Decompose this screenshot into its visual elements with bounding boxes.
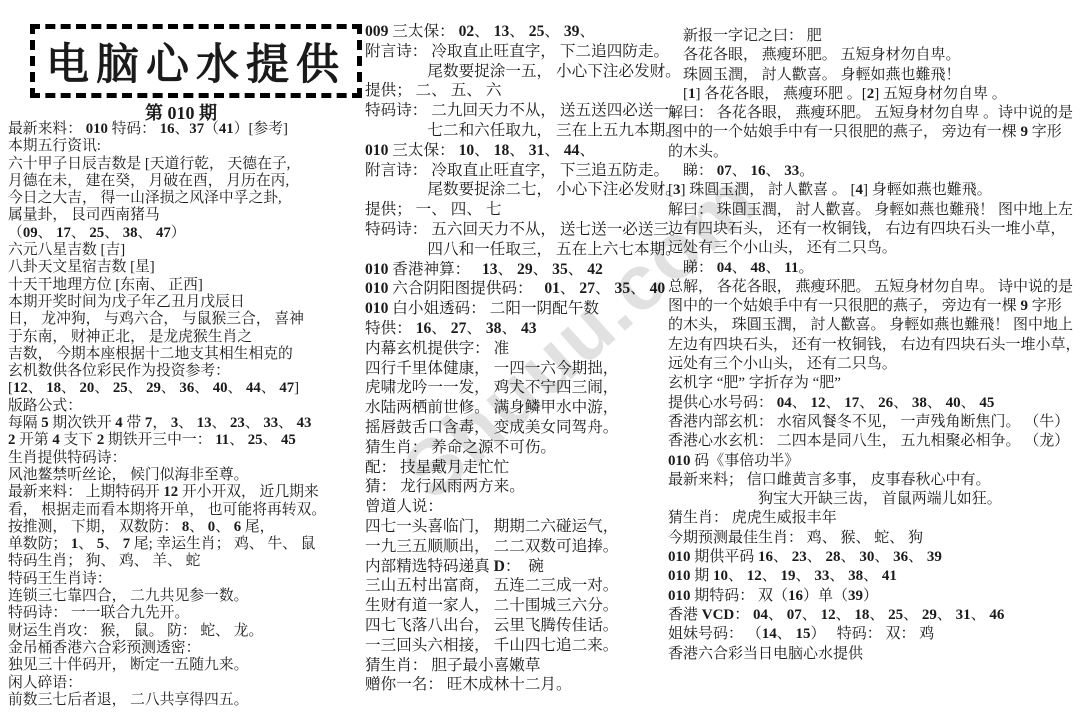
right-column: 新报一字记之曰： 肥 各花各眼， 燕瘦环肥。 五短身材勿自卑。 珠圆玉潤， 討人… <box>668 27 1080 664</box>
text-line: 虎啸龙吟一一发， 鸡犬不宁四三闹， <box>365 378 687 398</box>
text-line: 一九三五顺顺出， 二二双数可追捧。 <box>365 537 687 557</box>
text-line: 解曰： 各花各眼， 燕瘦环肥。 五短身材勿自卑 。诗中说的是 <box>668 104 1080 123</box>
text-line: 版路公式： <box>8 398 360 415</box>
text-line: 特码诗： 一一联合九先开。 <box>8 605 360 622</box>
text-line: 猜生肖： 胆子最小喜嫩草 <box>365 656 687 676</box>
text-line: 的木头， 珠圓玉潤， 討人歡喜。 身輕如燕也難飛！ 图中地上 <box>668 316 1080 335</box>
text-line: 内部精选特码递真 D： 碗 <box>365 557 687 577</box>
text-line: 提供； 二、 五、 六 <box>365 81 687 101</box>
text-line: 看， 根据走而看本期将开单， 也可能将再转双。 <box>8 502 360 519</box>
text-line: 图中的一个姑娘手中有一只很肥的燕子， 旁边有一棵 9 字形 <box>668 123 1080 142</box>
text-line: 本期五行资讯: <box>8 138 360 155</box>
text-line: 内幕玄机提供字： 准 <box>365 339 687 359</box>
middle-column: 009 三太保： 02、 13、 25、 39、附言诗： 冷取直止旺直字， 下二… <box>365 22 687 695</box>
text-line: 远处有三个小山头， 还有二只鸟。 <box>668 239 1080 258</box>
lottery-tip-sheet: Shuuu.com 电脑心水提供 第 010 期 最新来料： 010 特码： 1… <box>0 0 1080 719</box>
text-line: 解曰： 珠圓玉潤， 討人歡喜。 身輕如燕也難飛！ 图中地上左 <box>668 201 1080 220</box>
text-line: 的木头。 <box>668 143 1080 162</box>
text-line: [3] 珠圓玉潤， 討人歡喜 。 [4] 身輕如燕也難飛。 <box>668 181 1080 200</box>
text-line: 009 三太保： 02、 13、 25、 39、 <box>365 22 687 42</box>
text-line: 六元八星吉数 [吉] <box>8 242 360 259</box>
text-line: 八卦天文星宿吉数 [星] <box>8 259 360 276</box>
text-line: 金吊桶香港六合彩预测透密： <box>8 640 360 657</box>
text-line: 附言诗： 冷取直止旺直字， 下二追四防走。 <box>365 42 687 62</box>
text-line: 010 码《事倍功半》 <box>668 452 1080 471</box>
text-line: 特供： 16、 27、 38、 43 <box>365 319 687 339</box>
text-line: 最新来料： 上期特码开 12 开小开双， 近几期来 <box>8 484 360 501</box>
text-line: 最新来料； 信口雌黄言多事， 皮事春秋心中有。 <box>668 471 1080 490</box>
text-line: （09、 17、 25、 38、 47） <box>8 225 360 242</box>
text-line: 010 六合阴阳图提供码： 01、 27、 35、 40 <box>365 279 687 299</box>
text-line: [12、 18、 20、 25、 29、 36、 40、 44、 47] <box>8 380 360 397</box>
text-line: 四行千里体健康， 一四一六今期拙， <box>365 359 687 379</box>
text-line: 猜： 龙行风雨两方来。 <box>365 477 687 497</box>
text-line: 狗宝大开缺三齿， 首鼠两端儿如狂。 <box>668 490 1080 509</box>
text-line: 睇： 07、 16、 33。 <box>668 162 1080 181</box>
text-line: 三山五村出富商， 五连二三成一对。 <box>365 576 687 596</box>
text-line: 新报一字记之曰： 肥 <box>668 27 1080 46</box>
text-line: 风池鳌禁听丝论， 候门似海非至尊。 <box>8 467 360 484</box>
text-line: 属量卦， 艮司西南猪马 <box>8 207 360 224</box>
text-line: 玄机字 “肥” 字折存为 “肥” <box>668 374 1080 393</box>
text-line: 赠你一名： 旺木成林十二月。 <box>365 675 687 695</box>
text-line: 提供心水号码： 04、 12、 17、 26、 38、 40、 45 <box>668 394 1080 413</box>
text-line: 香港 VCD： 04、 07、 12、 18、 25、 29、 31、 46 <box>668 606 1080 625</box>
text-line: 010 白小姐透码： 二阳一阴配午数 <box>365 299 687 319</box>
text-line: 姐妹号码： （14、 15） 特码： 双： 鸡 <box>668 625 1080 644</box>
text-line: 七二和六任取九， 三在上五九本期。 <box>365 121 687 141</box>
text-line: 香港内部玄机： 水宿风餐冬不见， 一声残角断焦门。 （牛） <box>668 413 1080 432</box>
text-line: 月德在未， 建在癸， 月破在酉， 月历在丙, <box>8 173 360 190</box>
text-line: 四七飞落八出台， 云里飞腾传佳话。 <box>365 616 687 636</box>
text-line: 闲人碎语： <box>8 675 360 692</box>
text-line: 2 开第 4 支下 2 期铁开三中一： 11、 25、 45 <box>8 432 360 449</box>
text-line: 各花各眼， 燕瘦环肥。 五短身材勿自卑。 <box>668 46 1080 65</box>
text-line: 吉数， 今期本座根据十二地支其相生相克的 <box>8 346 360 363</box>
text-line: 单数防； 1、 5、 7 尾; 幸运生肖； 鸡、 牛、 鼠 <box>8 536 360 553</box>
text-line: 四七一头喜临门， 期期二六碰运气， <box>365 517 687 537</box>
text-line: 本期开奖时间为戊子年乙丑月戊辰日 <box>8 294 360 311</box>
text-line: 曾道人说： <box>365 497 687 517</box>
text-line: 特码诗： 二九回天力不从， 送五送四必送一。 <box>365 101 687 121</box>
text-line: 十天干地理方位 [东南、 正西] <box>8 277 360 294</box>
text-line: 连锁三七靠四合， 二九共见参一数。 <box>8 588 360 605</box>
text-line: 一三回头六相接， 千山四七追二来。 <box>365 636 687 656</box>
text-line: [1] 各花各眼， 燕瘦环肥 。[2] 五短身材勿自卑 。 <box>668 85 1080 104</box>
text-line: 010 期特码： 双（16）单（39） <box>668 587 1080 606</box>
text-line: 六十甲子日辰吉数是 [天道行乾， 天德在子, <box>8 156 360 173</box>
text-line: 前数三七后者退， 二八共享得四五。 <box>8 692 360 709</box>
text-line: 总解， 各花各眼， 燕瘦环肥。 五短身材勿自卑。 诗中说的是 <box>668 278 1080 297</box>
text-line: 每隔 5 期次铁开 4 带 7， 3、 13、 23、 33、 43 <box>8 415 360 432</box>
text-line: 010 香港神算： 13、 29、 35、 42 <box>365 260 687 280</box>
text-line: 左边有四块石头， 还有一枚铜钱， 右边有四块石头一堆小草， <box>668 336 1080 355</box>
text-line: 特码生肖； 狗、 鸡、 羊、 蛇 <box>8 553 360 570</box>
text-line: 特码王生肖诗： <box>8 571 360 588</box>
text-line: 于东南， 财神正北， 是龙虎猴生肖之 <box>8 329 360 346</box>
text-line: 猜生肖： 虎虎生威报丰年 <box>668 509 1080 528</box>
text-line: 香港六合彩当日电脑心水提供 <box>668 645 1080 664</box>
page-title: 电脑心水提供 <box>46 31 346 92</box>
text-line: 财运生肖攻： 猴， 鼠。 防： 蛇、 龙。 <box>8 623 360 640</box>
text-line: 摇唇鼓舌口含毒， 变成美女同驾舟。 <box>365 418 687 438</box>
text-line: 今日之大吉， 得一山泽损之风泽中孚之卦, <box>8 190 360 207</box>
text-line: 提供； 一、 四、 七 <box>365 200 687 220</box>
text-line: 特码诗： 五六回天力不从， 送七送一必送三。 <box>365 220 687 240</box>
text-line: 四八和一任取三， 五在上六七本期。 <box>365 240 687 260</box>
text-line: 生财有道一家人， 二十围城三六分。 <box>365 596 687 616</box>
text-line: 日， 龙冲狗， 与鸡六合， 与鼠猴三合， 喜神 <box>8 311 360 328</box>
text-line: 尾数要捉涂一五， 小心下注必发财。 <box>365 62 687 82</box>
text-line: 010 三太保： 10、 18、 31、 44、 <box>365 141 687 161</box>
text-line: 今期预测最佳生肖： 鸡、 猴、 蛇、 狗 <box>668 529 1080 548</box>
text-line: 玄机数供各位彩民作为投资参考： <box>8 363 360 380</box>
text-line: 香港心水玄机： 二四本是同八生， 五九相聚必相争。 （龙） <box>668 432 1080 451</box>
text-line: 尾数要捉涂二七， 小心下注必发财。 <box>365 180 687 200</box>
text-line: 边有四块石头， 还有一枚铜钱， 右边有四块石头一堆小草， <box>668 220 1080 239</box>
text-line: 010 期 10、 12、 19、 33、 38、 41 <box>668 567 1080 586</box>
masthead-box: 电脑心水提供 <box>30 24 362 98</box>
text-line: 生肖提供特码诗： <box>8 450 360 467</box>
text-line: 最新来料： 010 特码： 16、37（41）[参考] <box>8 121 360 138</box>
text-line: 配： 技星戴月走忙忙 <box>365 458 687 478</box>
text-line: 猜生肖： 养命之源不可伤。 <box>365 438 687 458</box>
text-line: 按推测， 下期， 双数防： 8、 0、 6 尾， <box>8 519 360 536</box>
text-line: 水陆两栖前世修。 满身鳞甲水中游， <box>365 398 687 418</box>
text-line: 010 期供平码 16、 23、 28、 30、 36、 39 <box>668 548 1080 567</box>
text-line: 睇： 04、 48、 11。 <box>668 259 1080 278</box>
text-line: 图中的一个姑娘手中有一只很肥的燕子， 旁边有一棵 9 字形 <box>668 297 1080 316</box>
text-line: 珠圆玉潤， 討人歡喜。 身輕如燕也難飛！ <box>668 66 1080 85</box>
text-line: 附言诗： 冷取直止旺直字， 下三追五防走。 <box>365 161 687 181</box>
left-column: 最新来料： 010 特码： 16、37（41）[参考]本期五行资讯:六十甲子日辰… <box>8 121 360 709</box>
text-line: 远处有三个小山头， 还有二只鸟。 <box>668 355 1080 374</box>
text-line: 独见三十伴码开， 断定一五随九来。 <box>8 657 360 674</box>
